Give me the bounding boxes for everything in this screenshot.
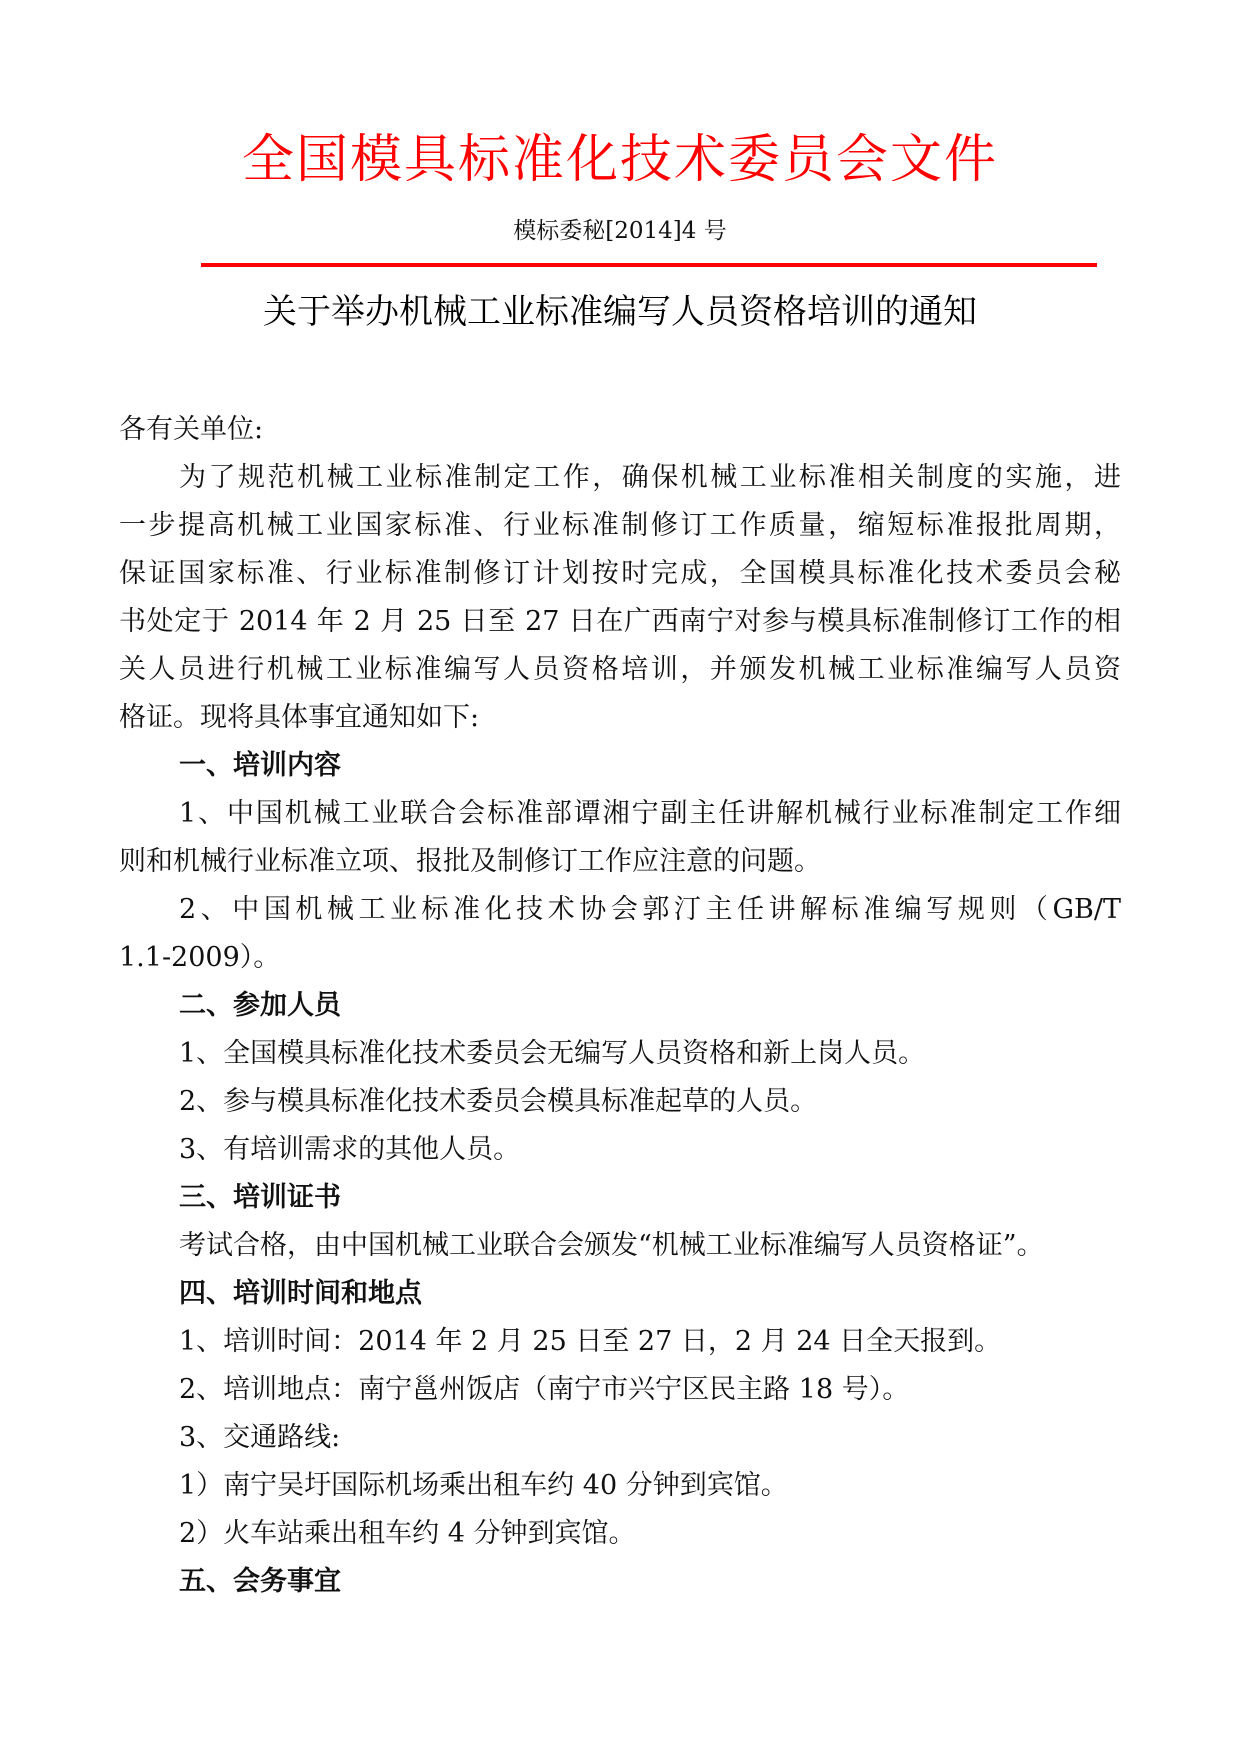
- section-line: 2）火车站乘出租车约 4 分钟到宾馆。: [119, 1510, 1121, 1558]
- intro-line: 保证国家标准、行业标准制修订计划按时完成，全国模具标准化技术委员会秘: [119, 550, 1121, 598]
- intro-line: 关人员进行机械工业标准编写人员资格培训，并颁发机械工业标准编写人员资: [119, 646, 1121, 694]
- red-divider-line: [201, 263, 1097, 267]
- salutation: 各有关单位:: [119, 406, 1121, 454]
- section-line: 1、全国模具标准化技术委员会无编写人员资格和新上岗人员。: [119, 1030, 1121, 1078]
- section-line: 1、中国机械工业联合会标准部谭湘宁副主任讲解机械行业标准制定工作细: [119, 790, 1121, 838]
- issuer-title: 全国模具标准化技术委员会文件: [0, 130, 1240, 190]
- section-line: 3、有培训需求的其他人员。: [119, 1126, 1121, 1174]
- section-heading-certificate: 三、培训证书: [119, 1174, 1121, 1222]
- section-line: 则和机械行业标准立项、报批及制修订工作应注意的问题。: [119, 838, 1121, 886]
- notice-title: 关于举办机械工业标准编写人员资格培训的通知: [0, 290, 1240, 334]
- section-line: 2、培训地点：南宁邕州饭店（南宁市兴宁区民主路 18 号）。: [119, 1366, 1121, 1414]
- section-line: 1、培训时间：2014 年 2 月 25 日至 27 日，2 月 24 日全天报…: [119, 1318, 1121, 1366]
- section-line: 2、中国机械工业标准化技术协会郭汀主任讲解标准编写规则（GB/T: [119, 886, 1121, 934]
- intro-line: 一步提高机械工业国家标准、行业标准制修订工作质量，缩短标准报批周期，: [119, 502, 1121, 550]
- section-line: 1.1-2009）。: [119, 934, 1121, 982]
- section-line: 2、参与模具标准化技术委员会模具标准起草的人员。: [119, 1078, 1121, 1126]
- section-heading-time-location: 四、培训时间和地点: [119, 1270, 1121, 1318]
- intro-line: 书处定于 2014 年 2 月 25 日至 27 日在广西南宁对参与模具标准制修…: [119, 598, 1121, 646]
- section-line: 考试合格，由中国机械工业联合会颁发“机械工业标准编写人员资格证”。: [119, 1222, 1121, 1270]
- section-heading-training-content: 一、培训内容: [119, 742, 1121, 790]
- intro-line: 格证。现将具体事宜通知如下:: [119, 694, 1121, 742]
- document-page: 全国模具标准化技术委员会文件 模标委秘[2014]4 号 关于举办机械工业标准编…: [0, 0, 1240, 1754]
- document-number: 模标委秘[2014]4 号: [0, 216, 1240, 246]
- section-line: 1）南宁吴圩国际机场乘出租车约 40 分钟到宾馆。: [119, 1462, 1121, 1510]
- section-heading-participants: 二、参加人员: [119, 982, 1121, 1030]
- intro-line: 为了规范机械工业标准制定工作，确保机械工业标准相关制度的实施，进: [119, 454, 1121, 502]
- section-heading-conference-affairs: 五、会务事宜: [119, 1558, 1121, 1606]
- notice-body: 各有关单位: 为了规范机械工业标准制定工作，确保机械工业标准相关制度的实施，进 …: [119, 406, 1121, 1606]
- section-line: 3、交通路线:: [119, 1414, 1121, 1462]
